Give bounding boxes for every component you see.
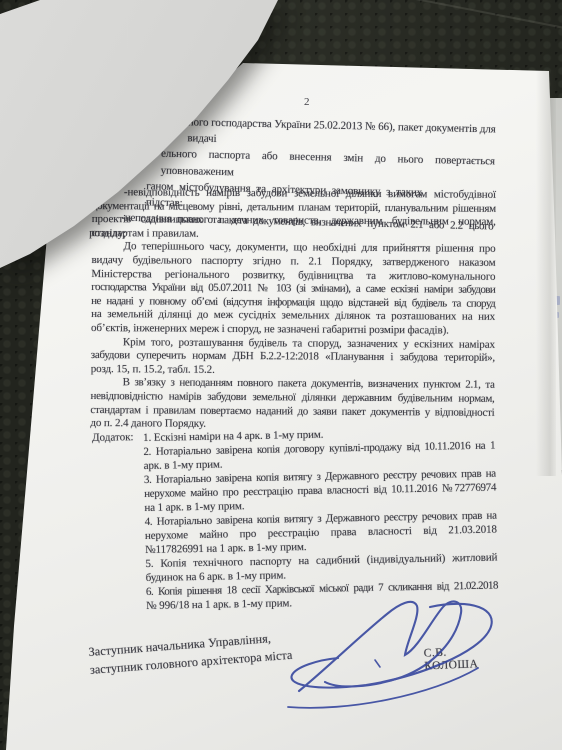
photo-of-document: 2 ного господарства України 25.02.2013 №… (0, 0, 562, 750)
curled-page (0, 0, 562, 750)
curled-page-wrap (0, 0, 562, 750)
